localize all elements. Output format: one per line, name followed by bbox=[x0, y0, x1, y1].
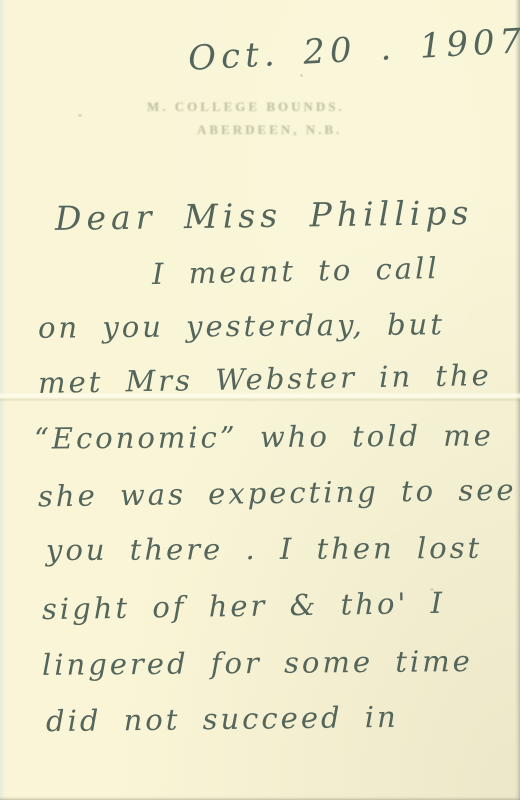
letter-page: Oct. 20 . 1907 M. COLLEGE BOUNDS. ABERDE… bbox=[0, 0, 520, 800]
scan-edge-bottom bbox=[0, 796, 520, 800]
body-line: sight of her & tho' I bbox=[42, 586, 446, 626]
body-line: I meant to call bbox=[152, 251, 440, 291]
body-line: you there . I then lost bbox=[46, 531, 482, 567]
body-line: on you yesterday, but bbox=[38, 307, 445, 345]
body-line: lingered for some time bbox=[42, 644, 473, 682]
letter-date: Oct. 20 . 1907 bbox=[187, 21, 520, 79]
body-line: she was expecting to see bbox=[38, 473, 517, 514]
paper-speck bbox=[78, 114, 82, 117]
body-line: did not succeed in bbox=[46, 700, 399, 738]
paper-speck bbox=[300, 74, 303, 77]
salutation: Dear Miss Phillips bbox=[55, 193, 474, 238]
letterhead-address-line1: M. COLLEGE BOUNDS. bbox=[147, 99, 345, 115]
body-line: “Economic” who told me bbox=[34, 418, 494, 455]
letterhead-address-line2: ABERDEEN, N.B. bbox=[197, 122, 342, 138]
